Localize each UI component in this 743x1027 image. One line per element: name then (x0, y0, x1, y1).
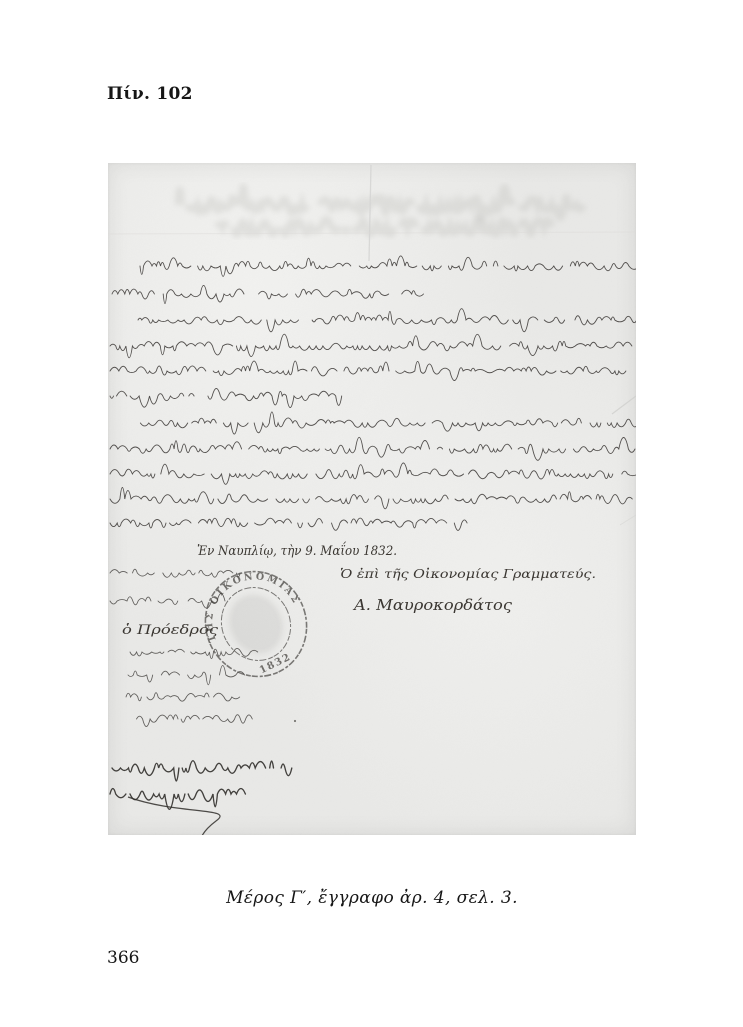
handwriting-stroke (112, 285, 424, 303)
signature-flourish (128, 797, 220, 835)
handwriting-stroke (140, 256, 636, 277)
handwriting-stroke (130, 648, 258, 658)
ink-speck (294, 720, 296, 722)
handwriting-stroke (110, 437, 635, 460)
vertical-fold-crease (369, 165, 371, 261)
page-number: 366 (107, 948, 139, 968)
handwriting-stroke (110, 361, 626, 380)
handwriting-stroke (110, 388, 342, 407)
handwriting-stroke (110, 334, 632, 358)
manuscript-svg: Ἐν Ναυπλίῳ, τὴν 9. Μαΐου 1832. Ὁ ἐπὶ τῆς… (108, 163, 636, 835)
plate-label: Πίν. 102 (107, 84, 193, 104)
handwriting-stroke (110, 518, 467, 530)
official-stamp: ΤΗΣ ΟΙΚΟΝΟΜΙΑΣ 1832 (187, 554, 325, 694)
handwriting-stroke (110, 488, 632, 509)
handwriting-stroke (178, 187, 584, 219)
handwriting-stroke (140, 412, 636, 434)
handwriting-stroke (110, 463, 636, 484)
date-line: Ἐν Ναυπλίῳ, τὴν 9. Μαΐου 1832. (197, 541, 397, 559)
handwriting-stroke (126, 693, 240, 702)
handwriting-lines (110, 256, 636, 809)
manuscript-scan: Ἐν Ναυπλίῳ, τὴν 9. Μαΐου 1832. Ὁ ἐπὶ τῆς… (108, 163, 636, 835)
handwriting-stroke (138, 309, 636, 332)
right-edge-crease-2 (620, 515, 636, 525)
handwriting-stroke (128, 666, 245, 685)
handwriting-stroke (110, 789, 245, 810)
figure-caption: Μέρος Γ′, ἔγγραφο ἀρ. 4, σελ. 3. (108, 888, 636, 908)
bleedthrough-text (178, 187, 584, 235)
handwriting-stroke (137, 715, 253, 727)
book-page: { "page": { "plate_label": "Πίν. 102", "… (0, 0, 743, 1027)
handwriting-stroke (112, 761, 292, 781)
handwriting-stroke (110, 569, 240, 577)
secretary-signature: Α. Μαυροκορδάτος (352, 596, 513, 614)
secretary-title: Ὁ ἐπὶ τῆς Οἰκονομίας Γραμματεύς. (340, 566, 596, 581)
right-edge-crease (612, 396, 636, 414)
